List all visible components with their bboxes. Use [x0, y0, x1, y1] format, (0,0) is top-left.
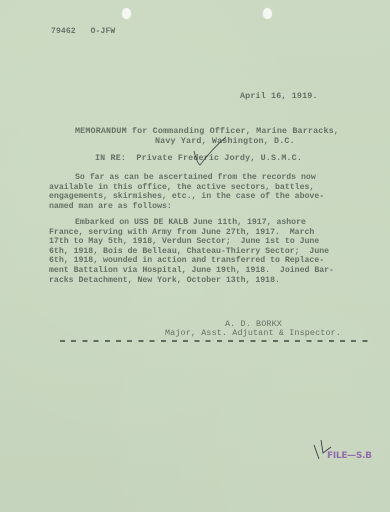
paragraph-line: ment Battalion via Hospital, June 19th, … — [49, 266, 334, 276]
punch-hole-right — [263, 8, 272, 19]
paragraph-line: 6th, 1918, wounded in action and transfe… — [49, 256, 324, 266]
paragraph-line: 17th to May 5th, 1918, Verdun Sector; Ju… — [49, 237, 319, 247]
paragraph-line: engagements, skirmishes, etc., in the ca… — [49, 192, 324, 202]
dashed-divider — [60, 340, 372, 342]
scanned-memo-page: 79462 O-JFW April 16, 1919. MEMORANDUM f… — [0, 0, 390, 512]
paragraph-line: racks Detachment, New York, October 13th… — [49, 276, 280, 286]
file-reference: 79462 O-JFW — [51, 27, 115, 36]
punch-hole-left — [122, 8, 131, 19]
memo-date: April 16, 1919. — [240, 92, 318, 101]
paragraph-line: So far as can be ascertained from the re… — [75, 173, 316, 183]
paragraph-line: Embarked on USS DE KALB June 11th, 1917,… — [75, 218, 306, 228]
handwritten-check-mark — [190, 133, 230, 173]
paragraph-line: 6th, 1918, Bois de Belleau, Chateau-Thie… — [49, 247, 329, 257]
paragraph-line: named man are as follows: — [49, 202, 172, 212]
paragraph-line: France, serving with Army from June 27th… — [49, 228, 314, 238]
signature-title: Major, Asst. Adjutant & Inspector. — [165, 329, 341, 338]
paragraph-line: available in this office, the active sec… — [49, 183, 314, 193]
file-stamp: FILE—S.B — [327, 451, 372, 461]
